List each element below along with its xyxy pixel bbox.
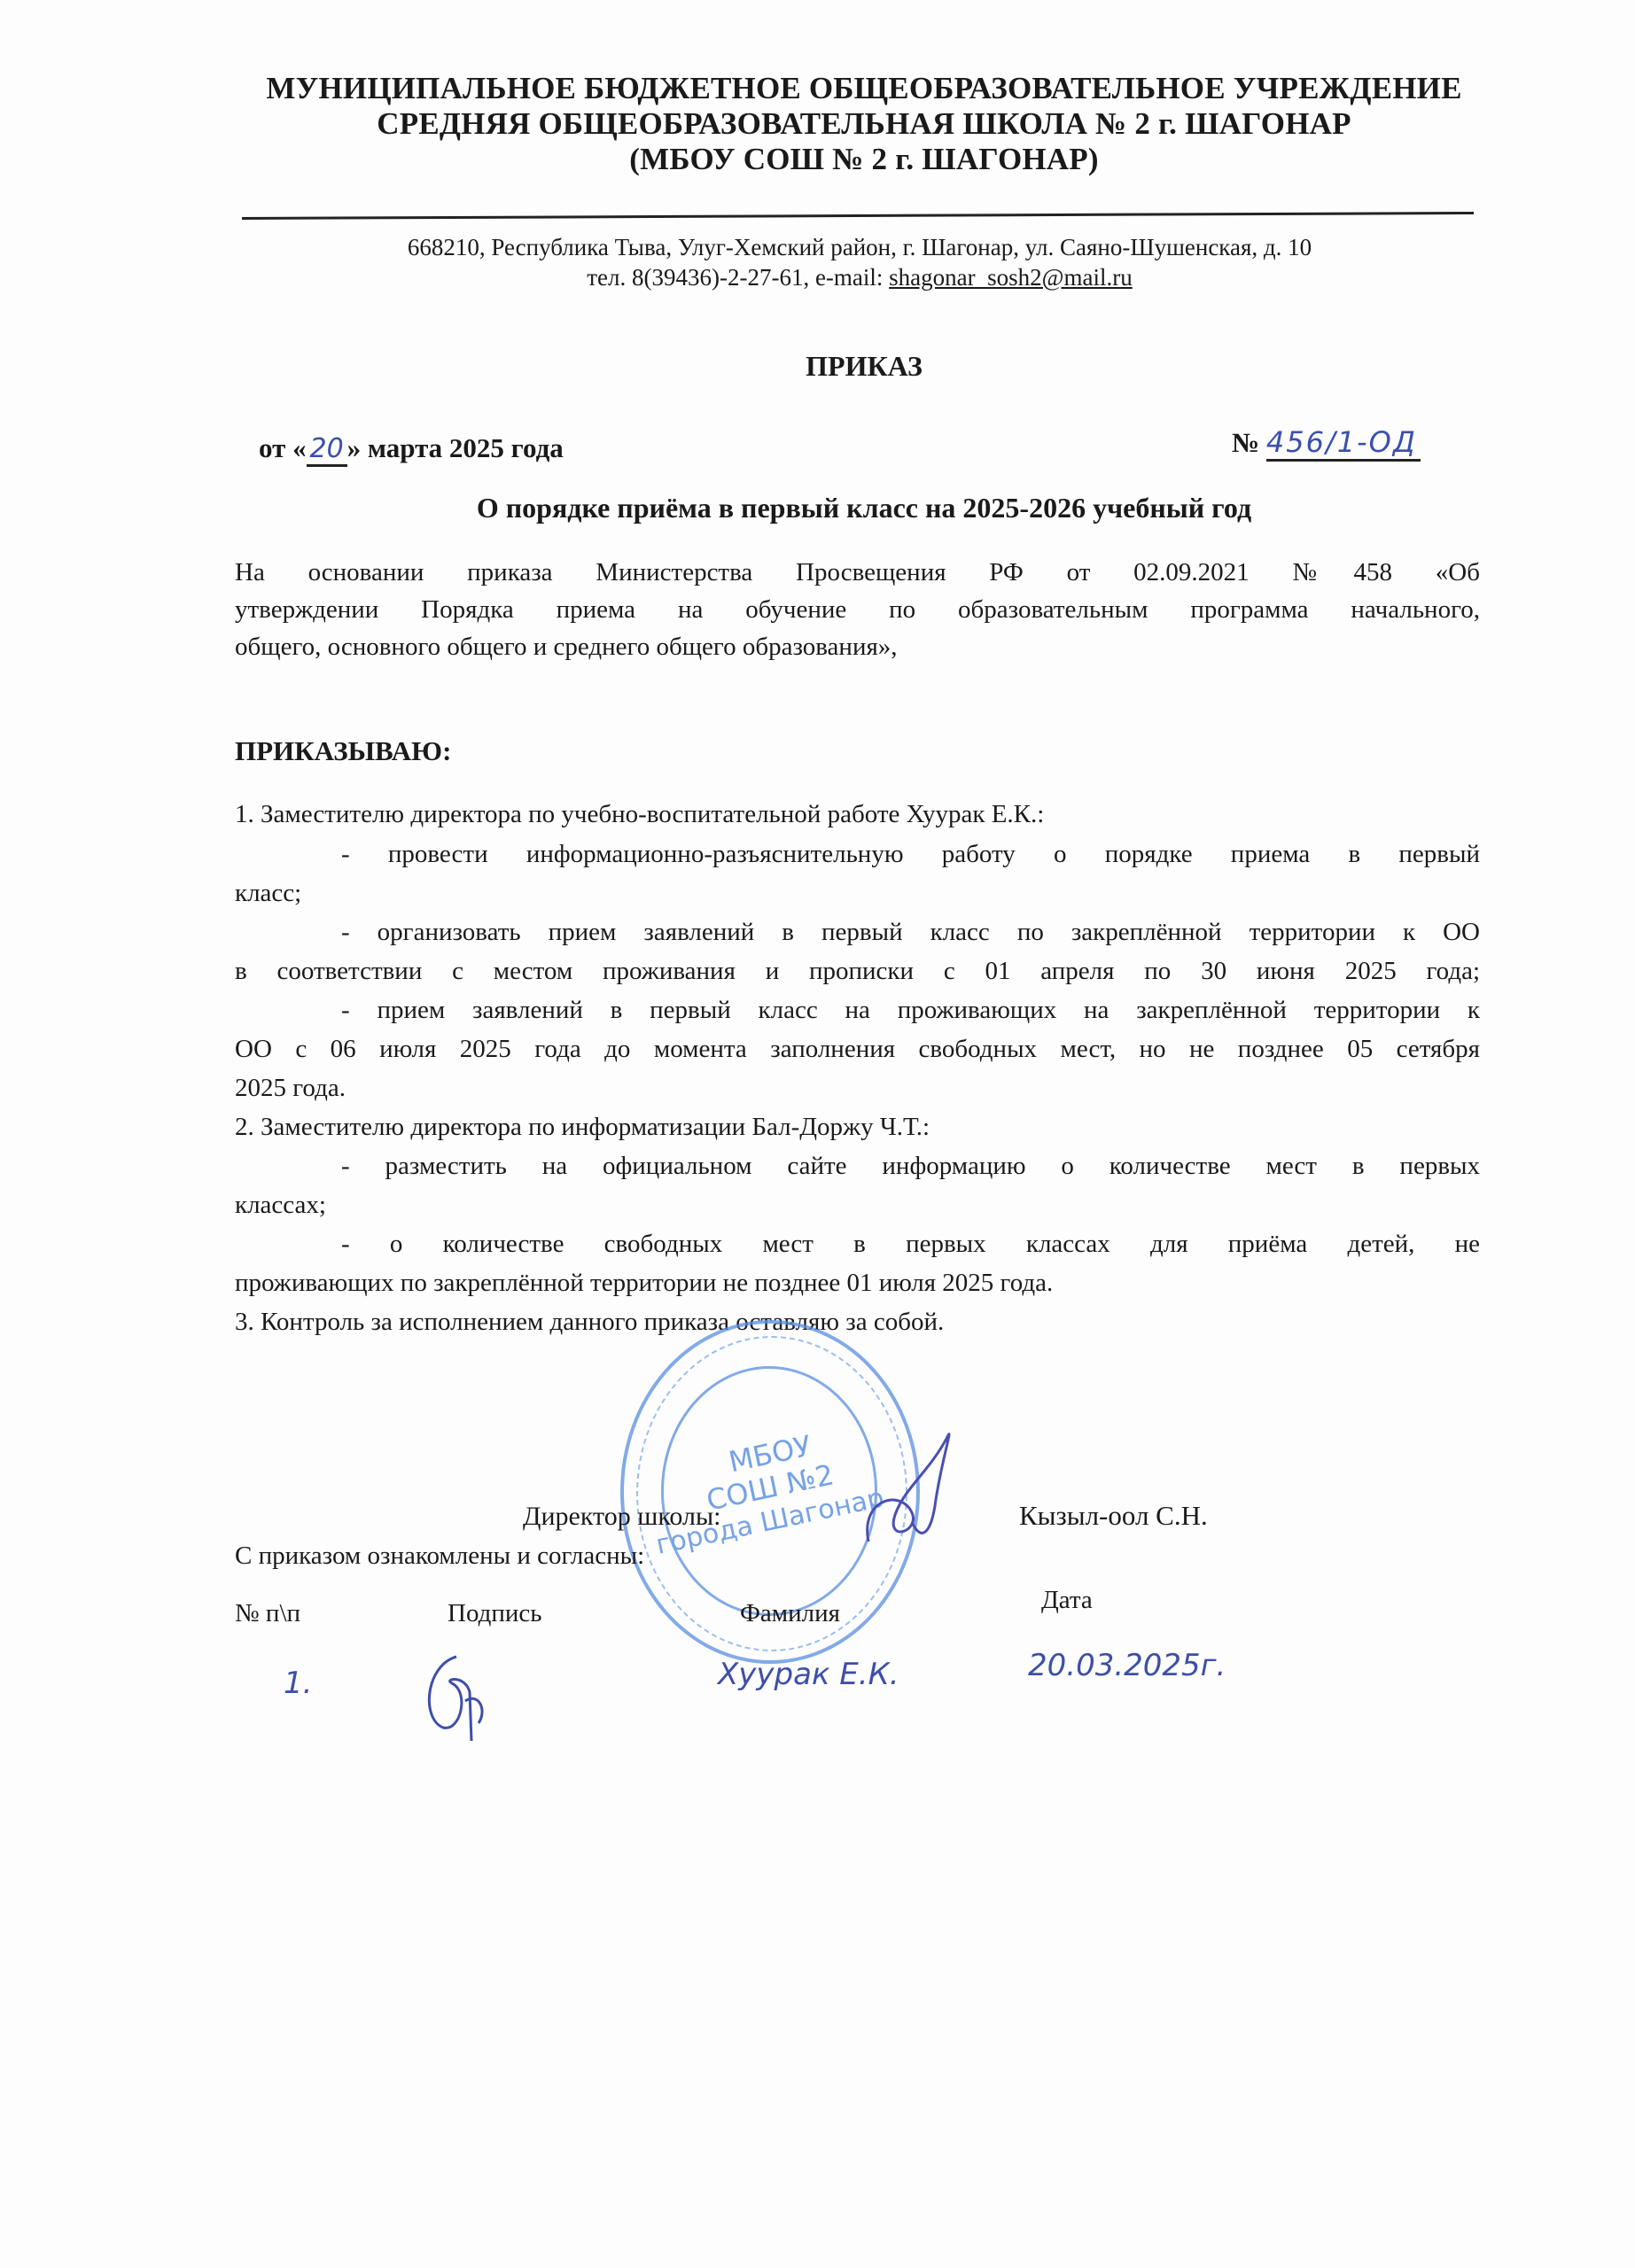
acknowledgement-heading: С приказом ознакомлены и согласны: — [235, 1542, 644, 1571]
preamble-line: утверждении Порядка приема на обучение п… — [235, 595, 1480, 625]
col-header-number: № п\п — [235, 1599, 300, 1628]
org-email-link[interactable]: shagonar_sosh2@mail.ru — [889, 264, 1133, 291]
order-number: № 456/1-ОД — [1232, 425, 1421, 462]
org-name-short: (МБОУ СОШ № 2 г. ШАГОНАР) — [222, 142, 1507, 177]
item-1a-cont: класс; — [235, 879, 301, 908]
org-phone: тел. 8(39436)-2-27-61, e-mail: — [587, 264, 889, 291]
item-1a: - провести информационно-разъяснительную… — [341, 840, 1480, 869]
preamble-line: На основании приказа Министерства Просве… — [235, 558, 1480, 587]
col-header-signature: Подпись — [448, 1599, 542, 1628]
director-signature — [851, 1417, 966, 1568]
row-1-number: 1. — [284, 1666, 312, 1701]
org-name-line1: МУНИЦИПАЛЬНОЕ БЮДЖЕТНОЕ ОБЩЕОБРАЗОВАТЕЛЬ… — [222, 71, 1507, 106]
col-header-surname: Фамилия — [740, 1599, 840, 1628]
date-prefix: от « — [259, 432, 307, 463]
item-1c-cont: ОО с 06 июля 2025 года до момента заполн… — [235, 1035, 1480, 1064]
col-header-date: Дата — [1041, 1586, 1093, 1615]
document-type: ПРИКАЗ — [222, 350, 1507, 383]
document-page: МУНИЦИПАЛЬНОЕ БЮДЖЕТНОЕ ОБЩЕОБРАЗОВАТЕЛЬ… — [0, 0, 1635, 2268]
signatory-position: Директор школы: — [523, 1502, 720, 1532]
item-2a-cont: классах; — [235, 1191, 326, 1220]
row-1-signature — [417, 1639, 505, 1745]
number-label: № — [1232, 427, 1259, 458]
row-1-date: 20.03.2025г. — [1028, 1648, 1226, 1683]
letterhead-divider — [242, 212, 1474, 220]
number-value-handwritten: 456/1-ОД — [1266, 425, 1421, 462]
item-2a: - разместить на официальном сайте информ… — [341, 1152, 1480, 1181]
row-1-surname: Хуурак Е.К. — [718, 1657, 899, 1692]
date-day-handwritten: 20 — [307, 433, 347, 467]
org-contacts: тел. 8(39436)-2-27-61, e-mail: shagonar_… — [239, 262, 1480, 292]
preamble-line: общего, основного общего и среднего обще… — [235, 633, 898, 662]
org-address: 668210, Республика Тыва, Улуг-Хемский ра… — [239, 232, 1480, 262]
date-suffix: » марта 2025 года — [347, 432, 564, 463]
item-3: 3. Контроль за исполнением данного прика… — [235, 1308, 944, 1337]
item-2-title: 2. Заместителю директора по информатизац… — [235, 1113, 930, 1142]
item-2b: - о количестве свободных мест в первых к… — [341, 1230, 1480, 1259]
item-2b-cont: проживающих по закреплённой территории н… — [235, 1269, 1053, 1298]
item-1b: - организовать прием заявлений в первый … — [341, 918, 1480, 947]
order-date: от «20» марта 2025 года — [259, 432, 564, 467]
item-1-title: 1. Заместителю директора по учебно-воспи… — [235, 800, 1044, 829]
order-subject: О порядке приёма в первый класс на 2025-… — [222, 492, 1507, 524]
item-1b-cont: в соответствии с местом проживания и про… — [235, 957, 1480, 986]
item-1c-cont2: 2025 года. — [235, 1074, 346, 1103]
signatory-name: Кызыл-оол С.Н. — [1019, 1500, 1208, 1532]
org-name-line2: СРЕДНЯЯ ОБЩЕОБРАЗОВАТЕЛЬНАЯ ШКОЛА № 2 г.… — [222, 106, 1507, 142]
order-heading: ПРИКАЗЫВАЮ: — [235, 735, 451, 767]
item-1c: - прием заявлений в первый класс на прож… — [341, 996, 1480, 1025]
